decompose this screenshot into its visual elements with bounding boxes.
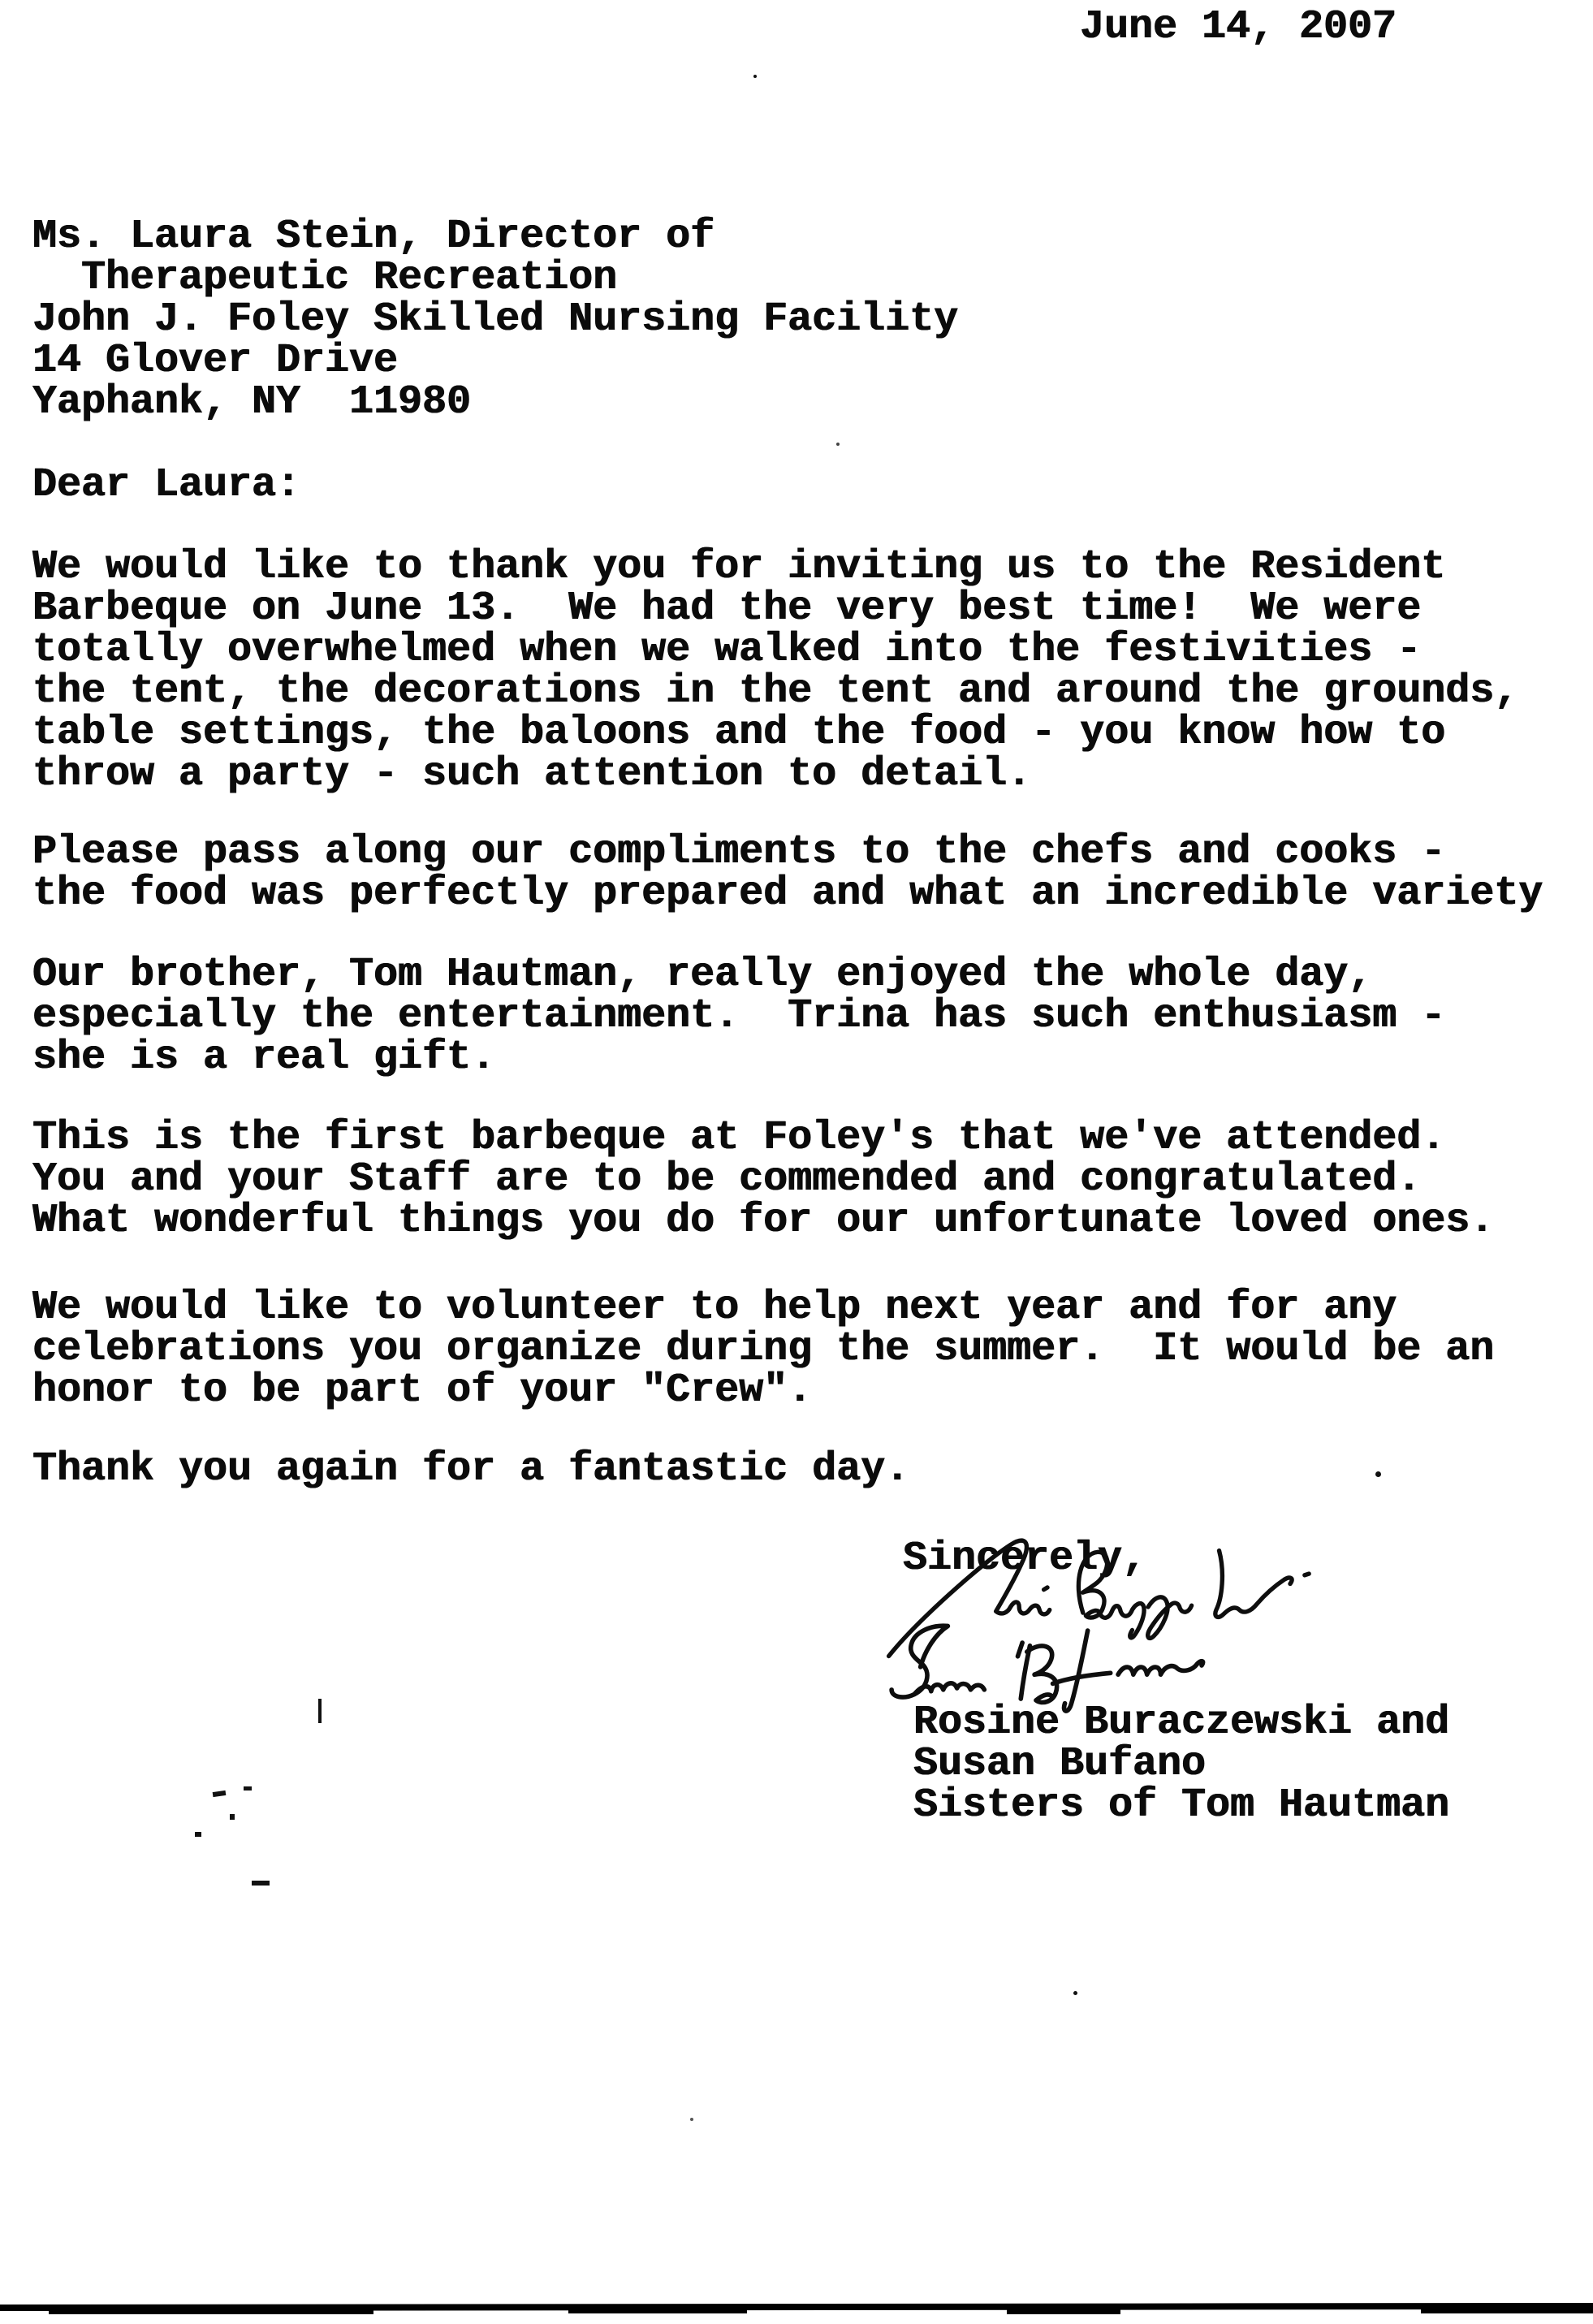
body-paragraph-3: Our brother, Tom Hautman, really enjoyed…: [32, 954, 1445, 1078]
scan-speck: [690, 2118, 693, 2121]
scan-speck: [753, 75, 757, 78]
scan-edge-artifact: [1421, 2309, 1593, 2313]
recipient-address: Ms. Laura Stein, Director of Therapeutic…: [32, 216, 958, 423]
scan-speck: [244, 1786, 252, 1791]
salutation: Dear Laura:: [32, 464, 300, 506]
scan-speck: [1073, 1991, 1077, 1995]
scan-speck: [230, 1814, 235, 1820]
scanned-letter-page: June 14, 2007 Ms. Laura Stein, Director …: [0, 0, 1593, 2324]
scan-speck: [836, 443, 840, 446]
scan-edge-artifact: [49, 2310, 373, 2314]
letter-date: June 14, 2007: [1080, 6, 1397, 48]
scan-speck: [1375, 1471, 1381, 1477]
body-paragraph-4: This is the first barbeque at Foley's th…: [32, 1117, 1494, 1242]
body-paragraph-2: Please pass along our compliments to the…: [32, 832, 1543, 914]
scan-edge-artifact: [568, 2310, 747, 2313]
body-paragraph-6: Thank you again for a fantastic day.: [32, 1449, 909, 1490]
scan-speck: [195, 1832, 201, 1837]
scan-edge-artifact: [1007, 2309, 1120, 2314]
body-paragraph-1: We would like to thank you for inviting …: [32, 546, 1518, 795]
typed-signature-block: Rosine Buraczewski and Susan Bufano Sist…: [913, 1702, 1449, 1826]
scan-speck: [252, 1881, 270, 1886]
body-paragraph-5: We would like to volunteer to help next …: [32, 1287, 1494, 1411]
scan-speck: [318, 1699, 322, 1723]
scan-speck: [213, 1791, 227, 1797]
